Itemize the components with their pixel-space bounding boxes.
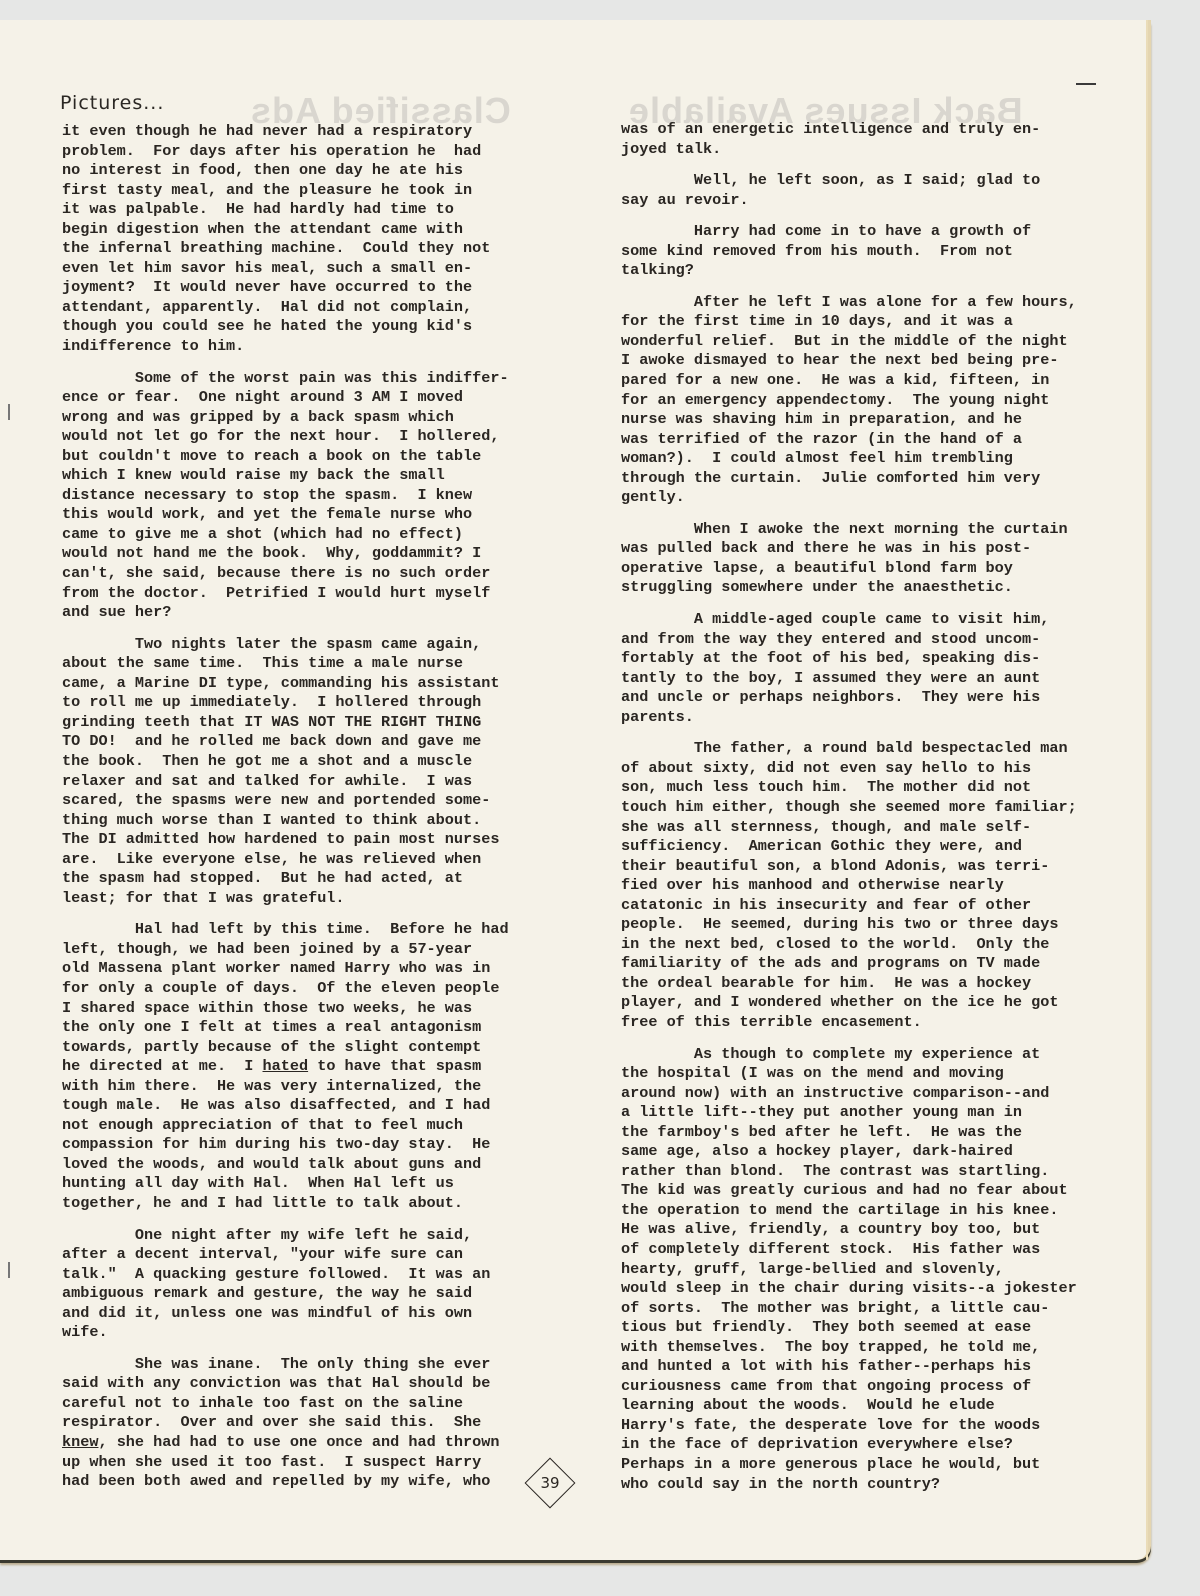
text-line: through the curtain. Julie comforted him…	[621, 469, 1077, 489]
text-line: about the same time. This time a male nu…	[62, 654, 509, 674]
text-line: for the first time in 10 days, and it wa…	[621, 312, 1077, 332]
text-line: together, he and I had little to talk ab…	[62, 1194, 509, 1214]
paragraph: Two nights later the spasm came again,ab…	[62, 635, 509, 909]
text-line: tious but friendly. They both seemed at …	[621, 1318, 1077, 1338]
text-line: struggling somewhere under the anaesthet…	[621, 578, 1077, 598]
text-line: and sue her?	[62, 603, 509, 623]
text-line: rather than blond. The contrast was star…	[621, 1162, 1077, 1182]
underlined-word: knew	[62, 1433, 98, 1451]
text-line: The kid was greatly curious and had no f…	[621, 1181, 1077, 1201]
text-line: after a decent interval, "your wife sure…	[62, 1245, 509, 1265]
text-line: this would work, and yet the female nurs…	[62, 505, 509, 525]
text-line: to roll me up immediately. I hollered th…	[62, 693, 509, 713]
text-line: with themselves. The boy trapped, he tol…	[621, 1338, 1077, 1358]
paragraph: it even though he had never had a respir…	[62, 122, 509, 357]
paragraph: was of an energetic intelligence and tru…	[621, 120, 1077, 159]
text-line: joyment? It would never have occurred to…	[62, 278, 509, 298]
text-line: a little lift--they put another young ma…	[621, 1103, 1077, 1123]
text-line: I awoke dismayed to hear the next bed be…	[621, 351, 1077, 371]
text-line: fortably at the foot of his bed, speakin…	[621, 649, 1077, 669]
paragraph: Hal had left by this time. Before he had…	[62, 920, 509, 1213]
paragraph: She was inane. The only thing she eversa…	[62, 1355, 509, 1492]
text-line: talking?	[621, 261, 1077, 281]
text-line: would not let go for the next hour. I ho…	[62, 427, 509, 447]
page-edge	[1146, 20, 1148, 1560]
text-line: free of this terrible encasement.	[621, 1013, 1077, 1033]
text-line: of about sixty, did not even say hello t…	[621, 759, 1077, 779]
text-line: would not hand me the book. Why, goddamm…	[62, 544, 509, 564]
text-line: Harry had come in to have a growth of	[621, 222, 1077, 242]
text-line: scared, the spasms were new and portende…	[62, 791, 509, 811]
text-line: it even though he had never had a respir…	[62, 122, 509, 142]
text-line: Some of the worst pain was this indiffer…	[62, 369, 509, 389]
text-line: knew, she had had to use one once and ha…	[62, 1433, 509, 1453]
text-line: Well, he left soon, as I said; glad to	[621, 171, 1077, 191]
text-line: was terrified of the razor (in the hand …	[621, 430, 1077, 450]
text-line: son, much less touch him. The mother did…	[621, 778, 1077, 798]
text-line: ambiguous remark and gesture, the way he…	[62, 1284, 509, 1304]
text-line: first tasty meal, and the pleasure he to…	[62, 181, 509, 201]
text-line: the ordeal bearable for him. He was a ho…	[621, 974, 1077, 994]
text-line: nurse was shaving him in preparation, an…	[621, 410, 1077, 430]
text-line: and from the way they entered and stood …	[621, 630, 1077, 650]
text-line: hunting all day with Hal. When Hal left …	[62, 1174, 509, 1194]
text-line: say au revoir.	[621, 191, 1077, 211]
text-line: The DI admitted how hardened to pain mos…	[62, 830, 509, 850]
paragraph: Some of the worst pain was this indiffer…	[62, 369, 509, 623]
text-line: talk." A quacking gesture followed. It w…	[62, 1265, 509, 1285]
text-line: curiousness came from that ongoing proce…	[621, 1377, 1077, 1397]
page-number: 39	[533, 1466, 567, 1500]
text-line: Hal had left by this time. Before he had	[62, 920, 509, 940]
text-line: woman?). I could almost feel him trembli…	[621, 449, 1077, 469]
paragraph: The father, a round bald bespectacled ma…	[621, 739, 1077, 1032]
text-line: wrong and was gripped by a back spasm wh…	[62, 408, 509, 428]
text-line: joyed talk.	[621, 140, 1077, 160]
text-line: are. Like everyone else, he was relieved…	[62, 850, 509, 870]
text-line: respirator. Over and over she said this.…	[62, 1413, 509, 1433]
text-line: A middle-aged couple came to visit him,	[621, 610, 1077, 630]
text-line: even let him savor his meal, such a smal…	[62, 259, 509, 279]
text-line: though you could see he hated the young …	[62, 317, 509, 337]
text-line: no interest in food, then one day he ate…	[62, 161, 509, 181]
text-line: wife.	[62, 1323, 509, 1343]
text-line: gently.	[621, 488, 1077, 508]
text-line: the only one I felt at times a real anta…	[62, 1018, 509, 1038]
text-line: she was all sternness, though, and male …	[621, 818, 1077, 838]
text-line: would sleep in the chair during visits--…	[621, 1279, 1077, 1299]
text-line: I shared space within those two weeks, h…	[62, 999, 509, 1019]
text-line: came to give me a shot (which had no eff…	[62, 525, 509, 545]
text-line: in the next bed, closed to the world. On…	[621, 935, 1077, 955]
text-line: careful not to inhale too fast on the sa…	[62, 1394, 509, 1414]
text-line: catatonic in his insecurity and fear of …	[621, 896, 1077, 916]
text-line: tough male. He was also disaffected, and…	[62, 1096, 509, 1116]
text-line: had been both awed and repelled by my wi…	[62, 1472, 509, 1492]
paragraph: As though to complete my experience atth…	[621, 1045, 1077, 1495]
text-line: which I knew would raise my back the sma…	[62, 466, 509, 486]
text-line: same age, also a hockey player, dark-hai…	[621, 1142, 1077, 1162]
text-line: the farmboy's bed after he left. He was …	[621, 1123, 1077, 1143]
text-line: the infernal breathing machine. Could th…	[62, 239, 509, 259]
paragraph: A middle-aged couple came to visit him,a…	[621, 610, 1077, 727]
handwritten-heading: Pictures...	[60, 92, 164, 114]
text-line: After he left I was alone for a few hour…	[621, 293, 1077, 313]
text-line: compassion for him during his two-day st…	[62, 1135, 509, 1155]
text-line: problem. For days after his operation he…	[62, 142, 509, 162]
text-line: hearty, gruff, large-bellied and slovenl…	[621, 1260, 1077, 1280]
text-line: said with any conviction was that Hal sh…	[62, 1374, 509, 1394]
text-line: parents.	[621, 708, 1077, 728]
paragraph: When I awoke the next morning the curtai…	[621, 520, 1077, 598]
text-line: touch him either, though she seemed more…	[621, 798, 1077, 818]
text-line: relaxer and sat and talked for awhile. I…	[62, 772, 509, 792]
text-line: in the face of deprivation everywhere el…	[621, 1435, 1077, 1455]
left-edge-mark	[8, 1262, 10, 1278]
text-line: the operation to mend the cartilage in h…	[621, 1201, 1077, 1221]
text-line: who could say in the north country?	[621, 1475, 1077, 1495]
text-line: the book. Then he got me a shot and a mu…	[62, 752, 509, 772]
text-line: came, a Marine DI type, commanding his a…	[62, 674, 509, 694]
text-line: he directed at me. I hated to have that …	[62, 1057, 509, 1077]
text-line: indifference to him.	[62, 337, 509, 357]
text-line: wonderful relief. But in the middle of t…	[621, 332, 1077, 352]
text-line: familiarity of the ads and programs on T…	[621, 954, 1077, 974]
text-line: but couldn't move to reach a book on the…	[62, 447, 509, 467]
text-line: of completely different stock. His fathe…	[621, 1240, 1077, 1260]
text-line: for only a couple of days. Of the eleven…	[62, 979, 509, 999]
text-line: grinding teeth that IT WAS NOT THE RIGHT…	[62, 713, 509, 733]
text-line: When I awoke the next morning the curtai…	[621, 520, 1077, 540]
text-line: Two nights later the spasm came again,	[62, 635, 509, 655]
text-line: player, and I wondered whether on the ic…	[621, 993, 1077, 1013]
text-line: people. He seemed, during his two or thr…	[621, 915, 1077, 935]
text-line: Perhaps in a more generous place he woul…	[621, 1455, 1077, 1475]
text-line: the spasm had stopped. But he had acted,…	[62, 869, 509, 889]
left-column: it even though he had never had a respir…	[62, 122, 509, 1504]
text-line: up when she used it too fast. I suspect …	[62, 1453, 509, 1473]
text-line: distance necessary to stop the spasm. I …	[62, 486, 509, 506]
text-line: sufficiency. American Gothic they were, …	[621, 837, 1077, 857]
text-line: and uncle or perhaps neighbors. They wer…	[621, 688, 1077, 708]
text-line: pared for a new one. He was a kid, fifte…	[621, 371, 1077, 391]
right-column: was of an energetic intelligence and tru…	[621, 120, 1077, 1506]
text-line: thing much worse than I wanted to think …	[62, 811, 509, 831]
text-line: He was alive, friendly, a country boy to…	[621, 1220, 1077, 1240]
text-line: TO DO! and he rolled me back down and ga…	[62, 732, 509, 752]
paragraph: One night after my wife left he said,aft…	[62, 1226, 509, 1343]
text-line: One night after my wife left he said,	[62, 1226, 509, 1246]
text-line: for an emergency appendectomy. The young…	[621, 391, 1077, 411]
paragraph: Well, he left soon, as I said; glad tosa…	[621, 171, 1077, 210]
text-line: not enough appreciation of that to feel …	[62, 1116, 509, 1136]
text-line: The father, a round bald bespectacled ma…	[621, 739, 1077, 759]
text-line: with him there. He was very internalized…	[62, 1077, 509, 1097]
text-line: old Massena plant worker named Harry who…	[62, 959, 509, 979]
text-line: was of an energetic intelligence and tru…	[621, 120, 1077, 140]
text-line: towards, partly because of the slight co…	[62, 1038, 509, 1058]
text-line: it was palpable. He had hardly had time …	[62, 200, 509, 220]
paragraph: Harry had come in to have a growth ofsom…	[621, 222, 1077, 281]
text-line: of sorts. The mother was bright, a littl…	[621, 1299, 1077, 1319]
text-line: left, though, we had been joined by a 57…	[62, 940, 509, 960]
text-line: least; for that I was grateful.	[62, 889, 509, 909]
text-line: the hospital (I was on the mend and movi…	[621, 1064, 1077, 1084]
text-line: She was inane. The only thing she ever	[62, 1355, 509, 1375]
text-line: As though to complete my experience at	[621, 1045, 1077, 1065]
text-line: their beautiful son, a blond Adonis, was…	[621, 857, 1077, 877]
left-edge-mark	[8, 404, 10, 420]
text-line: fied over his manhood and otherwise near…	[621, 876, 1077, 896]
text-line: attendant, apparently. Hal did not compl…	[62, 298, 509, 318]
underlined-word: hated	[263, 1057, 309, 1075]
text-line: ence or fear. One night around 3 AM I mo…	[62, 388, 509, 408]
text-line: and did it, unless one was mindful of hi…	[62, 1304, 509, 1324]
text-line: Harry's fate, the desperate love for the…	[621, 1416, 1077, 1436]
margin-mark	[1076, 83, 1096, 85]
text-line: learning about the woods. Would he elude	[621, 1396, 1077, 1416]
text-line: some kind removed from his mouth. From n…	[621, 242, 1077, 262]
text-line: operative lapse, a beautiful blond farm …	[621, 559, 1077, 579]
text-line: and hunted a lot with his father--perhap…	[621, 1357, 1077, 1377]
text-line: loved the woods, and would talk about gu…	[62, 1155, 509, 1175]
text-line: begin digestion when the attendant came …	[62, 220, 509, 240]
text-line: was pulled back and there he was in his …	[621, 539, 1077, 559]
text-line: around now) with an instructive comparis…	[621, 1084, 1077, 1104]
text-line: can't, she said, because there is no suc…	[62, 564, 509, 584]
paragraph: After he left I was alone for a few hour…	[621, 293, 1077, 508]
text-line: from the doctor. Petrified I would hurt …	[62, 584, 509, 604]
text-line: tantly to the boy, I assumed they were a…	[621, 669, 1077, 689]
